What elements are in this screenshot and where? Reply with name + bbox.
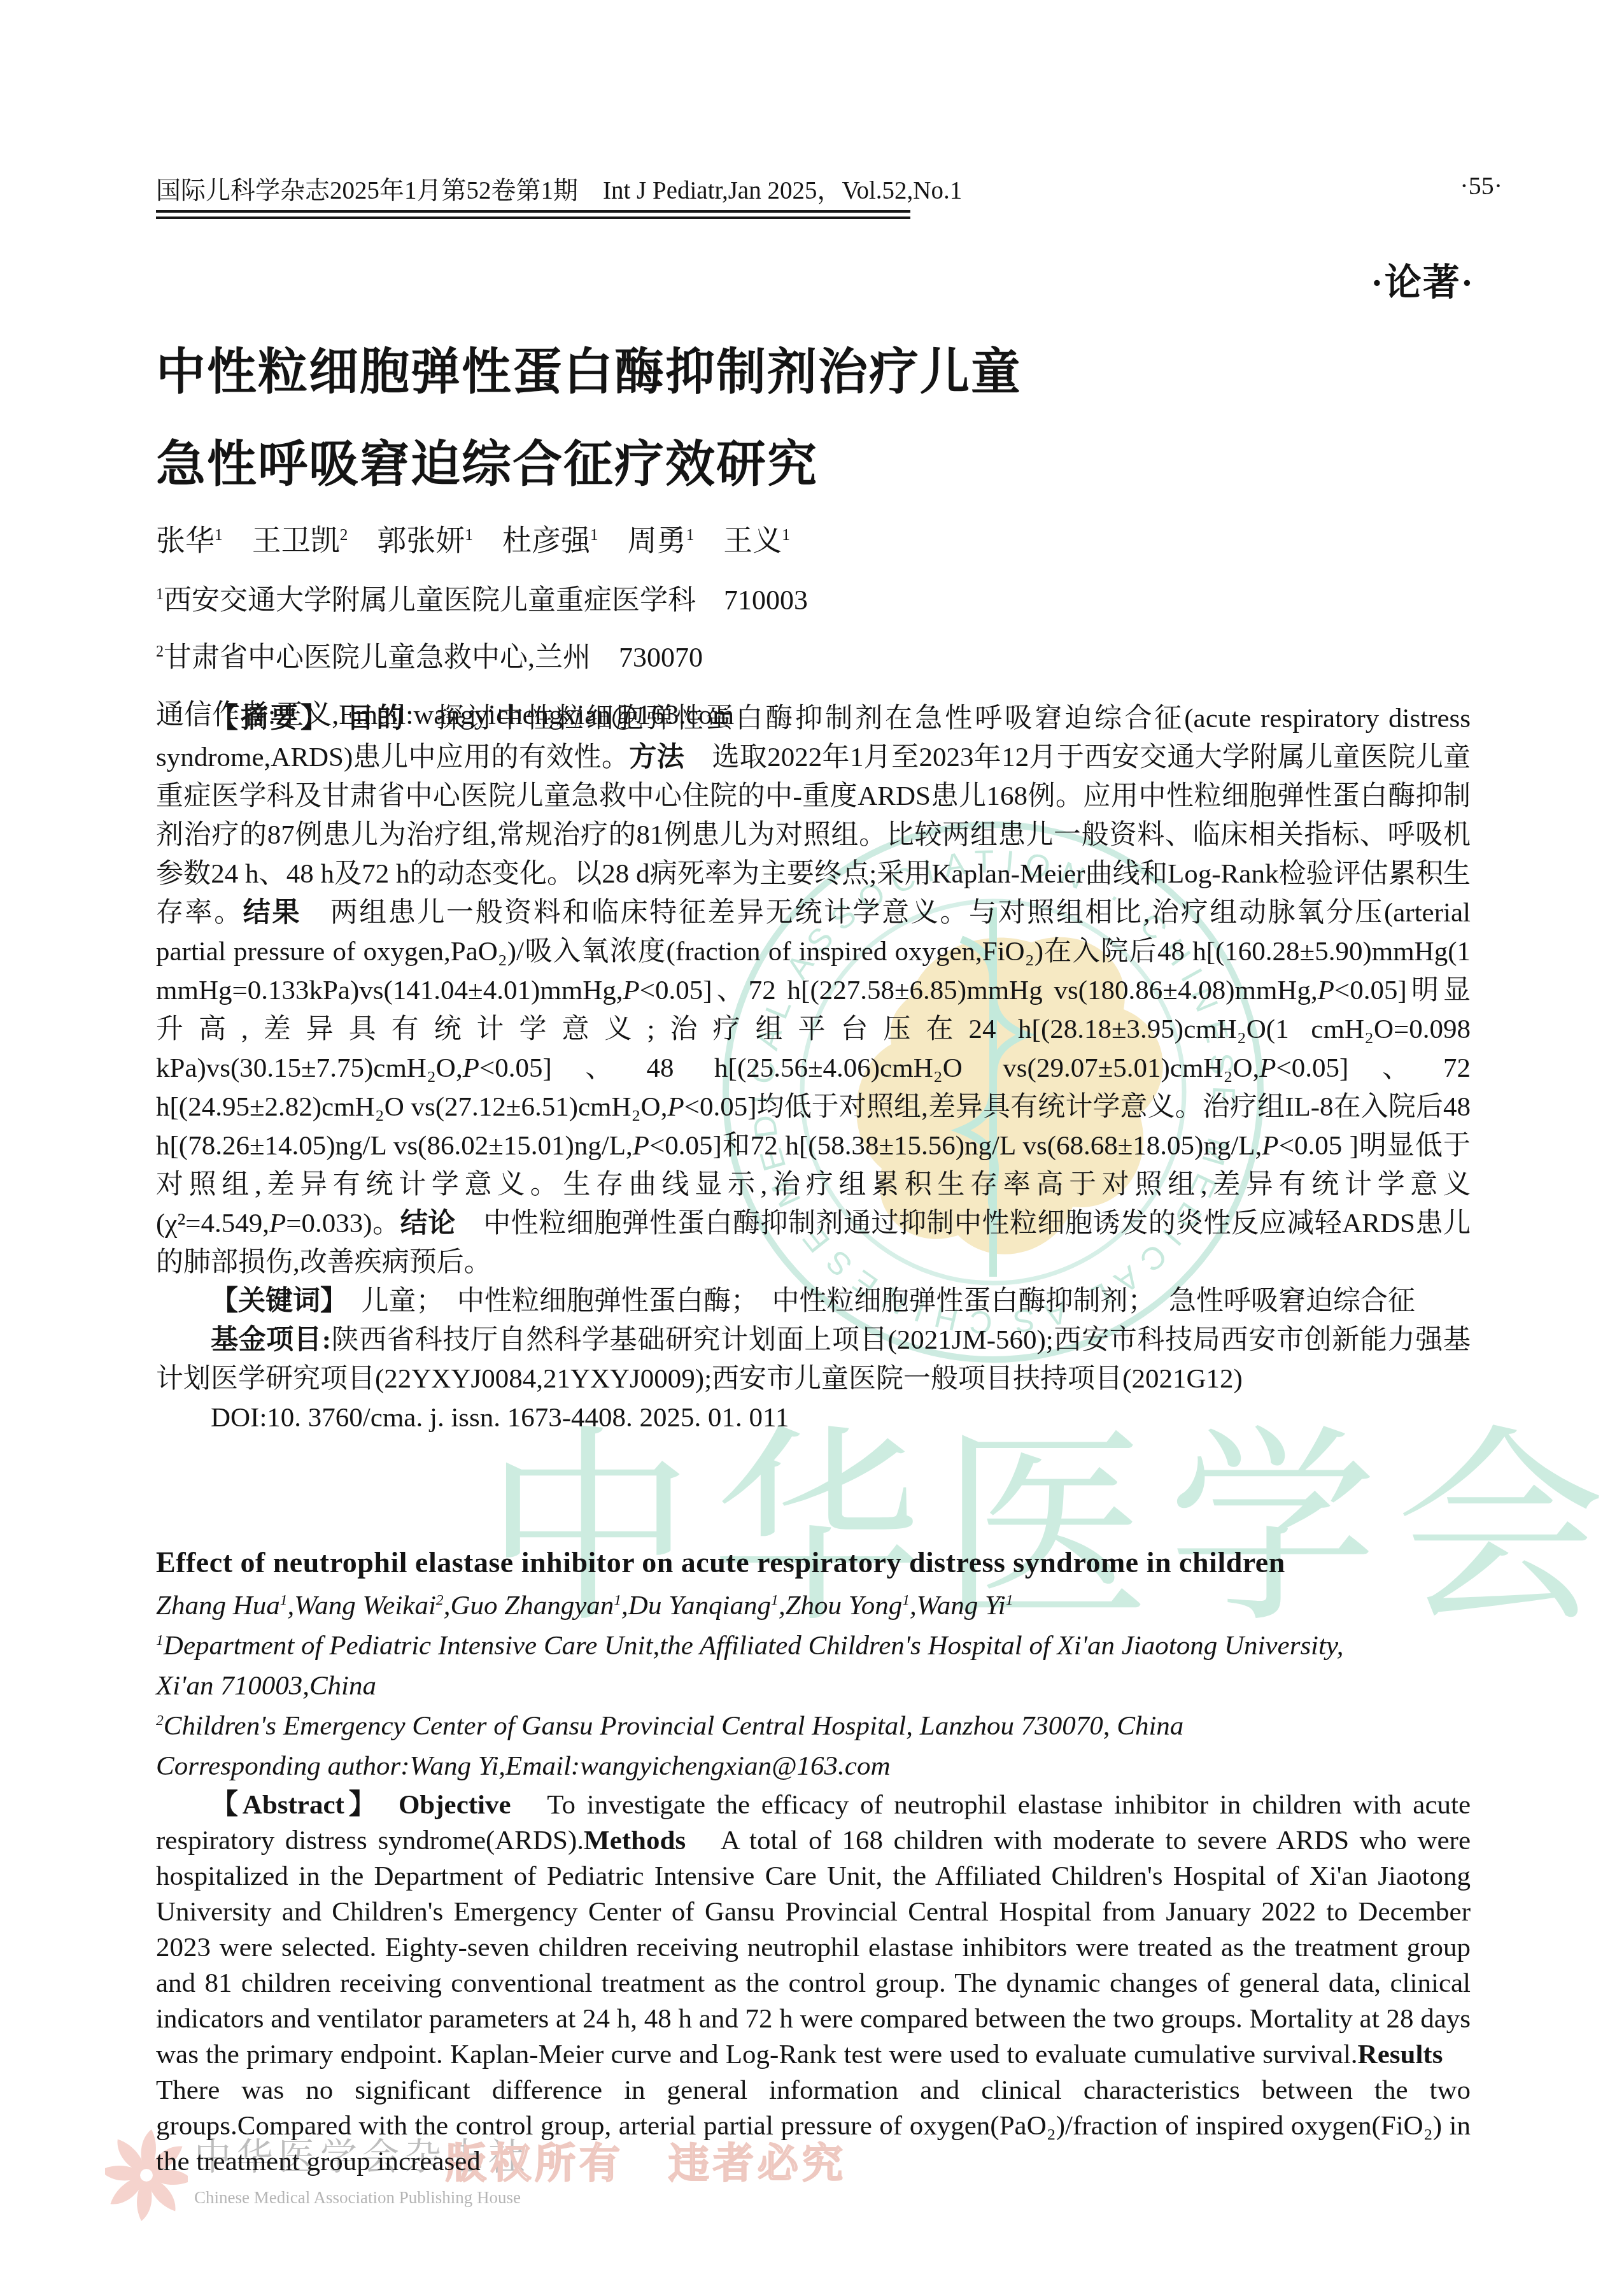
- affiliation-en-1b: Xi'an 710003,China: [156, 1666, 1471, 1706]
- article-type-label: ·论著·: [1371, 252, 1474, 306]
- article-title-cn-line2: 急性呼吸窘迫综合征疗效研究: [156, 418, 1022, 511]
- article-title-cn-line1: 中性粒细胞弹性蛋白酶抑制剂治疗儿童: [156, 326, 1022, 418]
- affiliation-en-1: 1Department of Pediatric Intensive Care …: [156, 1626, 1471, 1666]
- affiliation-en-2: 2Children's Emergency Center of Gansu Pr…: [156, 1706, 1471, 1746]
- chinese-abstract-block: 【摘要】 目的 探讨中性粒细胞弹性蛋白酶抑制剂在急性呼吸窘迫综合征(acute …: [156, 699, 1471, 1437]
- journal-header-line: 国际儿科学杂志2025年1月第52卷第1期 Int J Pediatr,Jan …: [156, 171, 962, 206]
- abstract-cn: 【摘要】 目的 探讨中性粒细胞弹性蛋白酶抑制剂在急性呼吸窘迫综合征(acute …: [156, 699, 1471, 1282]
- journal-page: CHINESE MEDICAL ASSOCIATION · CHINESE ME…: [0, 0, 1624, 2279]
- publisher-name-en-watermark: Chinese Medical Association Publishing H…: [194, 2188, 521, 2208]
- article-title-en: Effect of neutrophil elastase inhibitor …: [156, 1542, 1471, 1583]
- keywords-cn: 【关键词】 儿童； 中性粒细胞弹性蛋白酶； 中性粒细胞弹性蛋白酶抑制剂； 急性呼…: [156, 1282, 1471, 1321]
- page-number: ·55·: [1460, 171, 1502, 201]
- affiliation-cn-2: 2甘肃省中心医院儿童急救中心,兰州 730070: [156, 634, 703, 675]
- doi-line: DOI:10. 3760/cma. j. issn. 1673-4408. 20…: [156, 1398, 1471, 1437]
- affiliation-cn-1: 1西安交通大学附属儿童医院儿童重症医学科 710003: [156, 577, 808, 618]
- corresponding-author-en: Corresponding author:Wang Yi,Email:wangy…: [156, 1746, 1471, 1786]
- header-double-rule: [156, 210, 910, 219]
- article-title-cn: 中性粒细胞弹性蛋白酶抑制剂治疗儿童 急性呼吸窘迫综合征疗效研究: [156, 326, 1022, 511]
- english-abstract-block: Effect of neutrophil elastase inhibitor …: [156, 1542, 1471, 2180]
- authors-en: Zhang Hua1,Wang Weikai2,Guo Zhangyan1,Du…: [156, 1586, 1471, 1626]
- funding-line: 基金项目:陕西省科技厅自然科学基础研究计划面上项目(2021JM-560);西安…: [156, 1321, 1471, 1398]
- abstract-en: 【Abstract】 Objective To investigate the …: [156, 1787, 1471, 2180]
- authors-cn: 张华1 王卫凯2 郭张妍1 杜彦强1 周勇1 王义1: [156, 517, 790, 559]
